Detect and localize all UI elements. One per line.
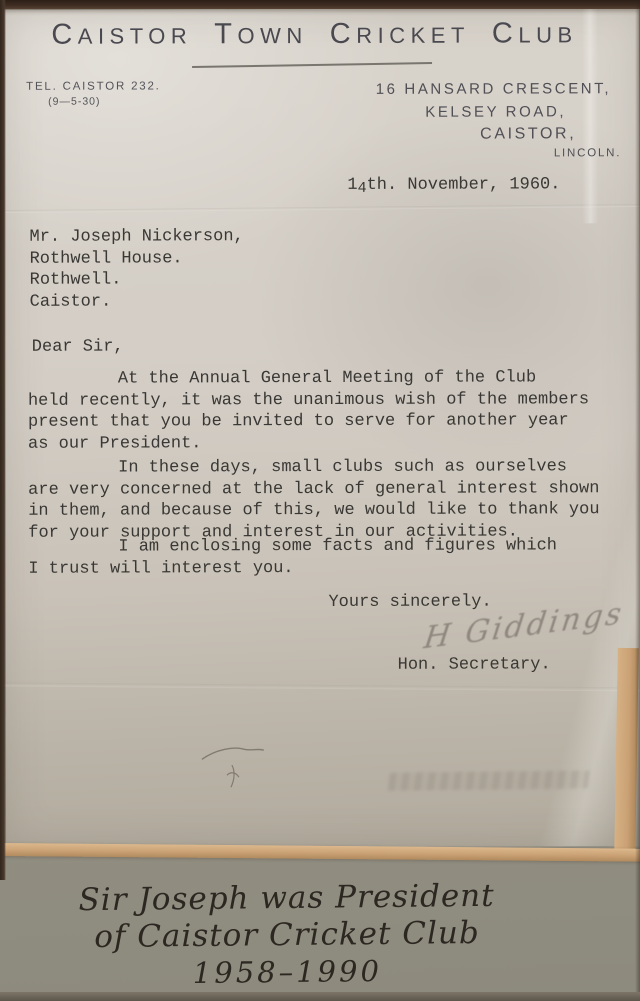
title-word-initial: C — [51, 19, 78, 51]
club-title: CAISTORTOWNCRICKETCLUB — [4, 17, 625, 52]
recipient-line: Rothwell. — [30, 269, 244, 291]
date-digit-lowered: 4 — [358, 180, 367, 197]
telephone-block: TEL. CAISTOR 232. (9—5-30) — [26, 80, 161, 107]
letterhead-address-line: CAISTOR, — [480, 125, 576, 143]
letter-paper: CAISTORTOWNCRICKETCLUB TEL. CAISTOR 232.… — [4, 8, 640, 848]
signoff-title: Hon. Secretary. — [398, 654, 551, 676]
recipient-address: Mr. Joseph Nickerson, Rothwell House. Ro… — [29, 226, 243, 313]
recipient-line: Caistor. — [30, 291, 244, 313]
framed-letter-photo: CAISTORTOWNCRICKETCLUB TEL. CAISTOR 232.… — [0, 0, 640, 1001]
date-digit: 1 — [347, 176, 357, 195]
body-line: I am enclosing some facts and figures wh… — [28, 535, 557, 558]
paragraph-3: I am enclosing some facts and figures wh… — [28, 535, 557, 579]
title-word: TOWN — [214, 18, 308, 51]
title-word: CRICKET — [330, 18, 470, 51]
mat-caption: Sir Joseph was President of Caistor Cric… — [37, 877, 536, 993]
title-word: CAISTOR — [51, 18, 192, 51]
body-line: in them, and because of this, we would l… — [28, 499, 599, 522]
salutation: Dear Sir, — [32, 337, 124, 359]
title-word-rest: AISTOR — [78, 23, 193, 48]
title-word: CLUB — [492, 17, 578, 50]
title-word-rest: RICKET — [356, 23, 470, 48]
letterhead-address-line: LINCOLN. — [554, 147, 621, 159]
closing-line: Yours sincerely. — [328, 592, 491, 614]
title-word-initial: T — [214, 18, 237, 50]
letterhead-address-line: KELSEY ROAD, — [425, 103, 566, 120]
caption-line: 1958–1990 — [38, 951, 536, 993]
frame-edge-left — [0, 0, 6, 880]
frame-edge-top — [0, 0, 640, 9]
paragraph-1: At the Annual General Meeting of the Clu… — [28, 367, 589, 454]
paper-crease — [0, 682, 640, 691]
recipient-line: Rothwell House. — [30, 248, 244, 270]
caption-line: Sir Joseph was President — [37, 877, 535, 919]
caption-line: of Caistor Cricket Club — [38, 914, 536, 956]
title-word-rest: OWN — [237, 23, 307, 48]
title-word-rest: LUB — [518, 22, 577, 47]
title-word-initial: C — [330, 18, 357, 50]
recipient-line: Mr. Joseph Nickerson, — [29, 226, 243, 248]
body-line: At the Annual General Meeting of the Clu… — [28, 367, 589, 390]
telephone-number: TEL. CAISTOR 232. — [26, 80, 161, 92]
body-line: are very concerned at the lack of genera… — [28, 478, 599, 501]
title-underline — [192, 62, 432, 68]
body-line: as our President. — [28, 432, 589, 455]
frame-edge-right-shadow — [635, 0, 640, 1001]
telephone-hours: (9—5-30) — [48, 95, 161, 107]
title-word-initial: C — [492, 17, 519, 49]
body-line: held recently, it was the unanimous wish… — [28, 389, 589, 412]
paragraph-2: In these days, small clubs such as ourse… — [28, 456, 600, 543]
paper-crease — [4, 204, 639, 213]
frame-edge-bottom — [0, 992, 640, 1001]
letter-date: 14th. November, 1960. — [347, 174, 560, 196]
body-line: I trust will interest you. — [28, 557, 557, 580]
pencil-mark — [194, 739, 274, 799]
body-line: present that you be invited to serve for… — [28, 410, 589, 433]
letterhead-address-line: 16 HANSARD CRESCENT, — [376, 80, 611, 98]
faint-stamp — [388, 770, 591, 790]
date-rest: th. November, 1960. — [367, 175, 561, 195]
body-line: In these days, small clubs such as ourse… — [28, 456, 599, 479]
